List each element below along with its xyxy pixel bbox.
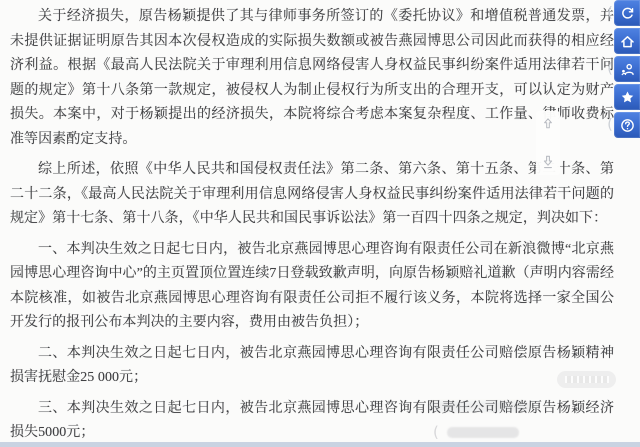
watermark-badge [557,371,616,388]
share-button[interactable]: ( [614,56,640,82]
star-icon [619,89,636,106]
bottom-edge-strip [0,442,640,447]
watermark-paren-mark: ( [433,423,439,441]
paragraph-judgment-item-2: 二、本判决生效之日起七日内，被告北京燕园博思心理咨询有限责任公司赔偿原告杨颖精神… [10,342,614,391]
arrow-up-icon [541,119,555,134]
watermark-blob [447,427,519,438]
document-page: 关于经济损失，原告杨颖提供了其与律师事务所签订的《委托协议》和增值税普通发票，并… [0,0,640,447]
paragraph-judgment-item-1: 一、本判决生效之日起七日内，被告北京燕园博思心理咨询有限责任公司在新浪微博“北京… [10,238,614,336]
refresh-button[interactable]: ( [614,0,640,26]
person-share-icon [619,61,636,78]
paragraph-economic-loss: 关于经济损失，原告杨颖提供了其与律师事务所签订的《委托协议》和增值税普通发票，并… [10,5,614,152]
favorite-button[interactable] [614,84,640,110]
home-button[interactable] [614,28,640,54]
scroll-to-top-button[interactable] [541,116,555,131]
judgment-text: 关于经济损失，原告杨颖提供了其与律师事务所签订的《委托协议》和增值税普通发票，并… [10,5,614,447]
circular-arrow-icon [619,5,636,22]
help-button[interactable]: ( [614,112,640,138]
watermark-smudge [428,401,530,412]
arrow-down-to-bottom-icon [541,158,555,173]
question-icon [619,117,636,134]
page-scroll-widget [536,111,560,175]
home-icon [619,33,636,50]
paragraph-legal-basis: 综上所述，依照《中华人民共和国侵权责任法》第二条、第六条、第十五条、第二十条、第… [10,158,614,232]
scroll-to-bottom-button[interactable] [541,154,555,170]
side-toolbar: ( ( [614,0,640,138]
